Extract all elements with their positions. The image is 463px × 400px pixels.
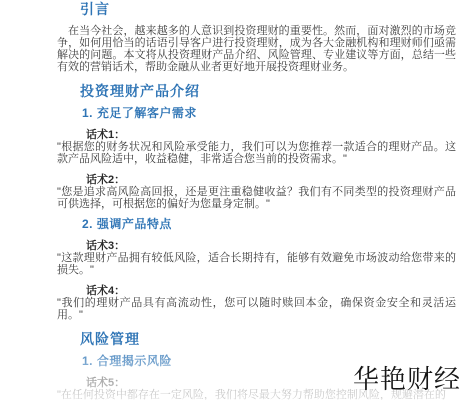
intro-paragraph: 在当今社会，越来越多的人意识到投资理财的重要性。然而，面对激烈的市场竞争，如何用… — [57, 25, 456, 73]
section-heading-products: 投资理财产品介绍 — [80, 84, 456, 99]
section-heading-risk: 风险管理 — [80, 332, 456, 347]
script-label-2: 话术2： — [86, 174, 456, 186]
section-heading-intro: 引言 — [80, 2, 456, 17]
article-viewport: 引言 在当今社会，越来越多的人意识到投资理财的重要性。然而，面对激烈的市场竞争，… — [0, 0, 463, 400]
script-label-4: 话术4： — [86, 285, 456, 297]
script-quote-4: "我们的理财产品具有高流动性，您可以随时赎回本金，确保资金安全和灵活运用。" — [57, 297, 456, 321]
subsection-heading-customer-needs: 1. 充足了解客户需求 — [82, 107, 456, 120]
script-quote-3: "这款理财产品拥有较低风险，适合长期持有，能够有效避免市场波动给您带来的损失。" — [57, 252, 456, 276]
article-document: 引言 在当今社会，越来越多的人意识到投资理财的重要性。然而，面对激烈的市场竞争，… — [0, 0, 463, 400]
script-quote-1: "根据您的财务状况和风险承受能力，我们可以为您推荐一款适合的理财产品。这款产品风… — [57, 141, 456, 165]
subsection-heading-product-features: 2. 强调产品特点 — [82, 218, 456, 231]
script-label-1: 话术1： — [86, 129, 456, 141]
script-quote-2: "您是追求高风险高回报，还是更注重稳健收益？我们有不同类型的投资理财产品可供选择… — [57, 186, 456, 210]
script-label-3: 话术3： — [86, 240, 456, 252]
watermark-text: 华艳财经 — [353, 366, 461, 392]
